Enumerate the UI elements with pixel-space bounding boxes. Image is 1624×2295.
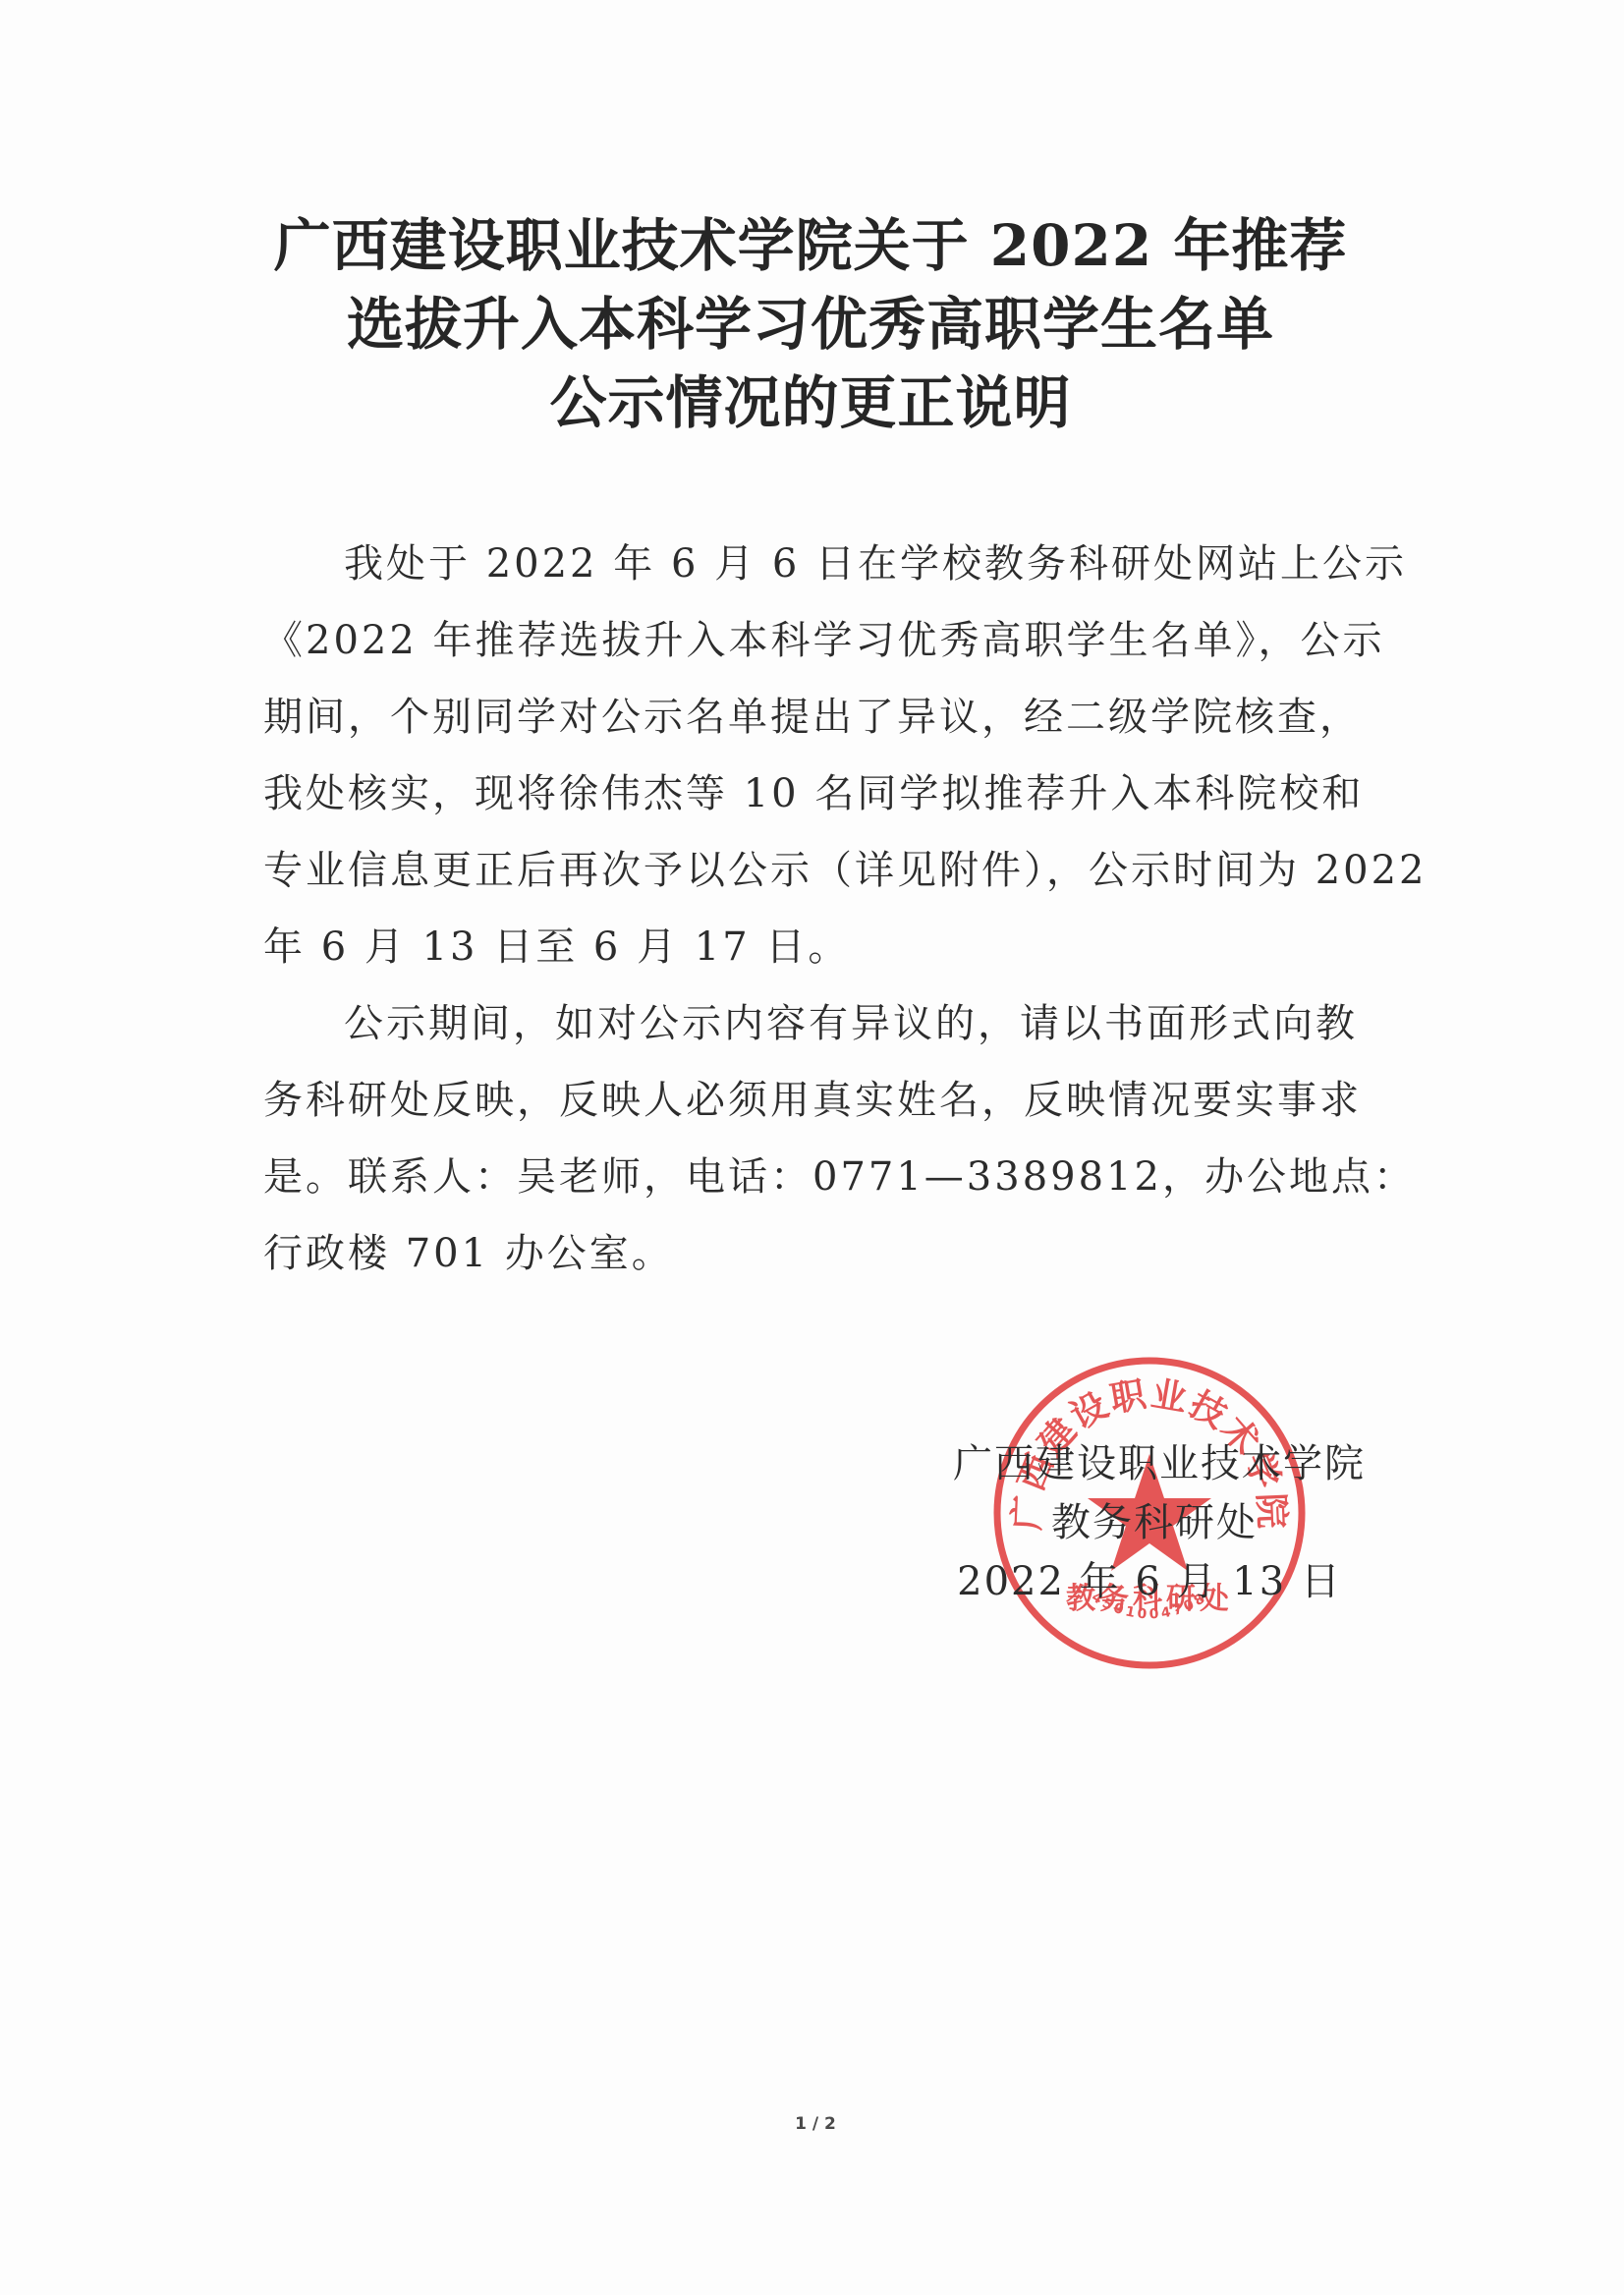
- title-line-2: 选拔升入本科学习优秀高职学生名单: [246, 285, 1375, 364]
- paragraph-announcement: 我处于 2022 年 6 月 6 日在学校教务科研处网站上公示 《2022 年推…: [263, 526, 1383, 985]
- signature-organization: 广西建设职业技术学院: [904, 1434, 1366, 1493]
- page-number: 1 / 2: [776, 2114, 855, 2134]
- paragraph-line: 我处核实，现将徐伟杰等 10 名同学拟推荐升入本科院校和: [263, 756, 1383, 832]
- signature-department: 教务科研处: [904, 1493, 1366, 1552]
- paragraph-line: 公示期间，如对公示内容有异议的，请以书面形式向教: [263, 985, 1383, 1062]
- document-page: 广西建设职业技术学院关于 2022 年推荐 选拔升入本科学习优秀高职学生名单 公…: [0, 0, 1624, 2295]
- paragraph-line: 《2022 年推荐选拔升入本科学习优秀高职学生名单》，公示: [263, 602, 1383, 679]
- paragraph-line: 年 6 月 13 日至 6 月 17 日。: [263, 909, 1383, 985]
- signature-date: 2022 年 6 月 13 日: [904, 1552, 1366, 1611]
- paragraph-line: 是。联系人：吴老师，电话：0771—3389812，办公地点：: [263, 1139, 1383, 1215]
- document-body: 我处于 2022 年 6 月 6 日在学校教务科研处网站上公示 《2022 年推…: [263, 526, 1383, 1292]
- paragraph-contact: 公示期间，如对公示内容有异议的，请以书面形式向教 务科研处反映，反映人必须用真实…: [263, 985, 1383, 1292]
- paragraph-line: 我处于 2022 年 6 月 6 日在学校教务科研处网站上公示: [263, 526, 1383, 602]
- paragraph-line: 期间，个别同学对公示名单提出了异议，经二级学院核查，: [263, 679, 1383, 756]
- paragraph-line: 务科研处反映，反映人必须用真实姓名，反映情况要实事求: [263, 1062, 1383, 1139]
- title-line-1: 广西建设职业技术学院关于 2022 年推荐: [246, 206, 1375, 285]
- paragraph-line: 行政楼 701 办公室。: [263, 1215, 1383, 1292]
- title-line-3: 公示情况的更正说明: [246, 364, 1375, 442]
- signature-block: 广西建设职业技术学院 教务科研处 2022 年 6 月 13 日: [904, 1434, 1366, 1611]
- paragraph-line: 专业信息更正后再次予以公示（详见附件），公示时间为 2022: [263, 832, 1383, 909]
- document-title: 广西建设职业技术学院关于 2022 年推荐 选拔升入本科学习优秀高职学生名单 公…: [246, 206, 1375, 442]
